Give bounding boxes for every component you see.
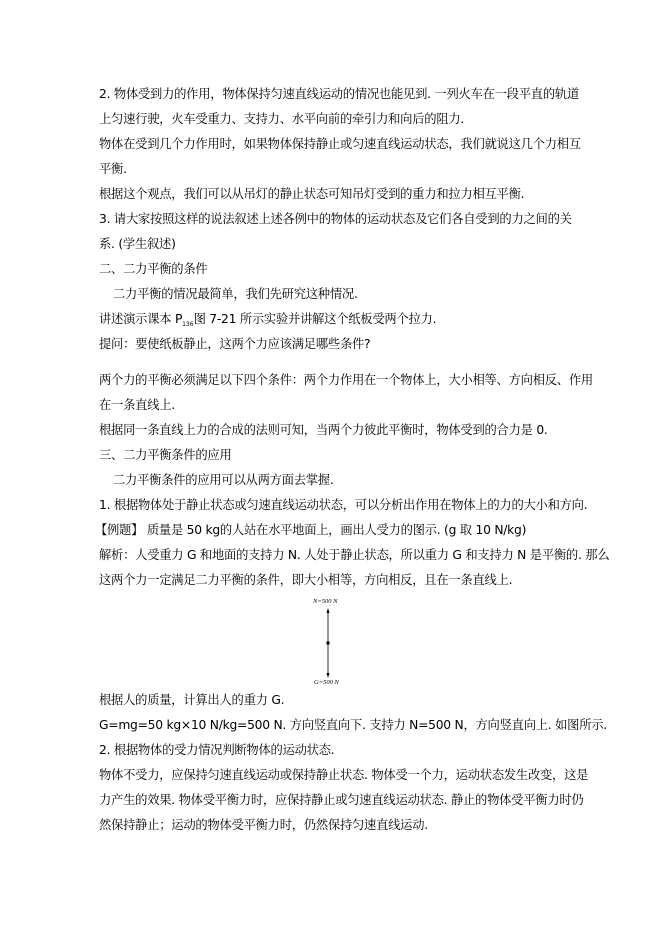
force-arrows-icon xyxy=(300,598,360,688)
example-line: 【例题】 质量是 50 kg的人站在水平地面上，画出人受力的图示. (g 取 1… xyxy=(95,522,526,538)
document-page: 2. 物体受到力的作用，物体保持匀速直线运动的情况也能见到. 一列火车在一段平直… xyxy=(0,0,661,935)
paragraph-line: 提问：要使纸板静止，这两个力应该满足哪些条件? xyxy=(99,336,370,352)
textbook-ref-prefix: 讲述演示课本 P xyxy=(99,312,182,326)
paragraph-line: 在一条直线上. xyxy=(99,397,175,413)
paragraph-line: 根据人的质量，计算出人的重力 G. xyxy=(99,692,284,708)
textbook-page-subscript: 136 xyxy=(182,321,193,328)
paragraph-line: 二力平衡条件的应用可以从两方面去掌握. xyxy=(113,472,334,488)
paragraph-line: 讲述演示课本 P136图 7-21 所示实验并讲解这个纸板受两个拉力. xyxy=(99,311,436,333)
paragraph-line: 平衡. xyxy=(99,161,127,177)
paragraph-line: 根据同一条直线上力的合成的法则可知，当两个力彼此平衡时，物体受到的合力是 0. xyxy=(99,422,548,438)
textbook-ref-rest: 图 7-21 所示实验并讲解这个纸板受两个拉力. xyxy=(194,312,437,326)
paragraph-line: 根据这个观点，我们可以从吊灯的静止状态可知吊灯受到的重力和拉力相互平衡. xyxy=(99,186,524,202)
paragraph-line: 1. 根据物体处于静止状态或匀速直线运动状态，可以分析出作用在物体上的力的大小和… xyxy=(99,497,587,513)
paragraph-line: 然保持静止；运动的物体受平衡力时，仍然保持匀速直线运动. xyxy=(99,817,428,833)
paragraph-line: 2. 物体受到力的作用，物体保持匀速直线运动的情况也能见到. 一列火车在一段平直… xyxy=(99,86,579,102)
paragraph-line: 2. 根据物体的受力情况判断物体的运动状态. xyxy=(99,742,334,758)
force-diagram: N=500 N G=500 N xyxy=(300,598,360,688)
paragraph-line: 3. 请大家按照这样的说法叙述上述各例中的物体的运动状态及它们各自受到的力之间的… xyxy=(99,211,572,227)
paragraph-line: 这两个力一定满足二力平衡的条件，即大小相等，方向相反，且在一条直线上. xyxy=(99,572,512,588)
paragraph-line: 物体不受力，应保持匀速直线运动或保持静止状态. 物体受一个力，运动状态发生改变，… xyxy=(99,767,588,783)
paragraph-line: G=mg=50 kg×10 N/kg=500 N. 方向竖直向下. 支持力 N=… xyxy=(99,717,607,733)
gravity-force-label: G=500 N xyxy=(314,679,339,686)
paragraph-line: 解析：人受重力 G 和地面的支持力 N. 人处于静止状态，所以重力 G 和支持力… xyxy=(99,547,609,563)
paragraph-line: 上匀速行驶，火车受重力、支持力、水平向前的牵引力和向后的阻力. xyxy=(99,111,464,127)
paragraph-line: 系. (学生叙述) xyxy=(99,236,176,252)
paragraph-line: 物体在受到几个力作用时，如果物体保持静止或匀速直线运动状态，我们就说这几个力相互 xyxy=(99,136,581,152)
paragraph-line: 两个力的平衡必须满足以下四个条件：两个力作用在一个物体上，大小相等、方向相反、作… xyxy=(99,372,593,388)
section-heading: 三、二力平衡条件的应用 xyxy=(99,447,232,463)
paragraph-line: 力产生的效果. 物体受平衡力时，应保持静止或匀速直线运动状态. 静止的物体受平衡… xyxy=(99,792,583,808)
section-heading: 二、二力平衡的条件 xyxy=(99,261,207,277)
paragraph-line: 二力平衡的情况最简单，我们先研究这种情况. xyxy=(113,286,358,302)
